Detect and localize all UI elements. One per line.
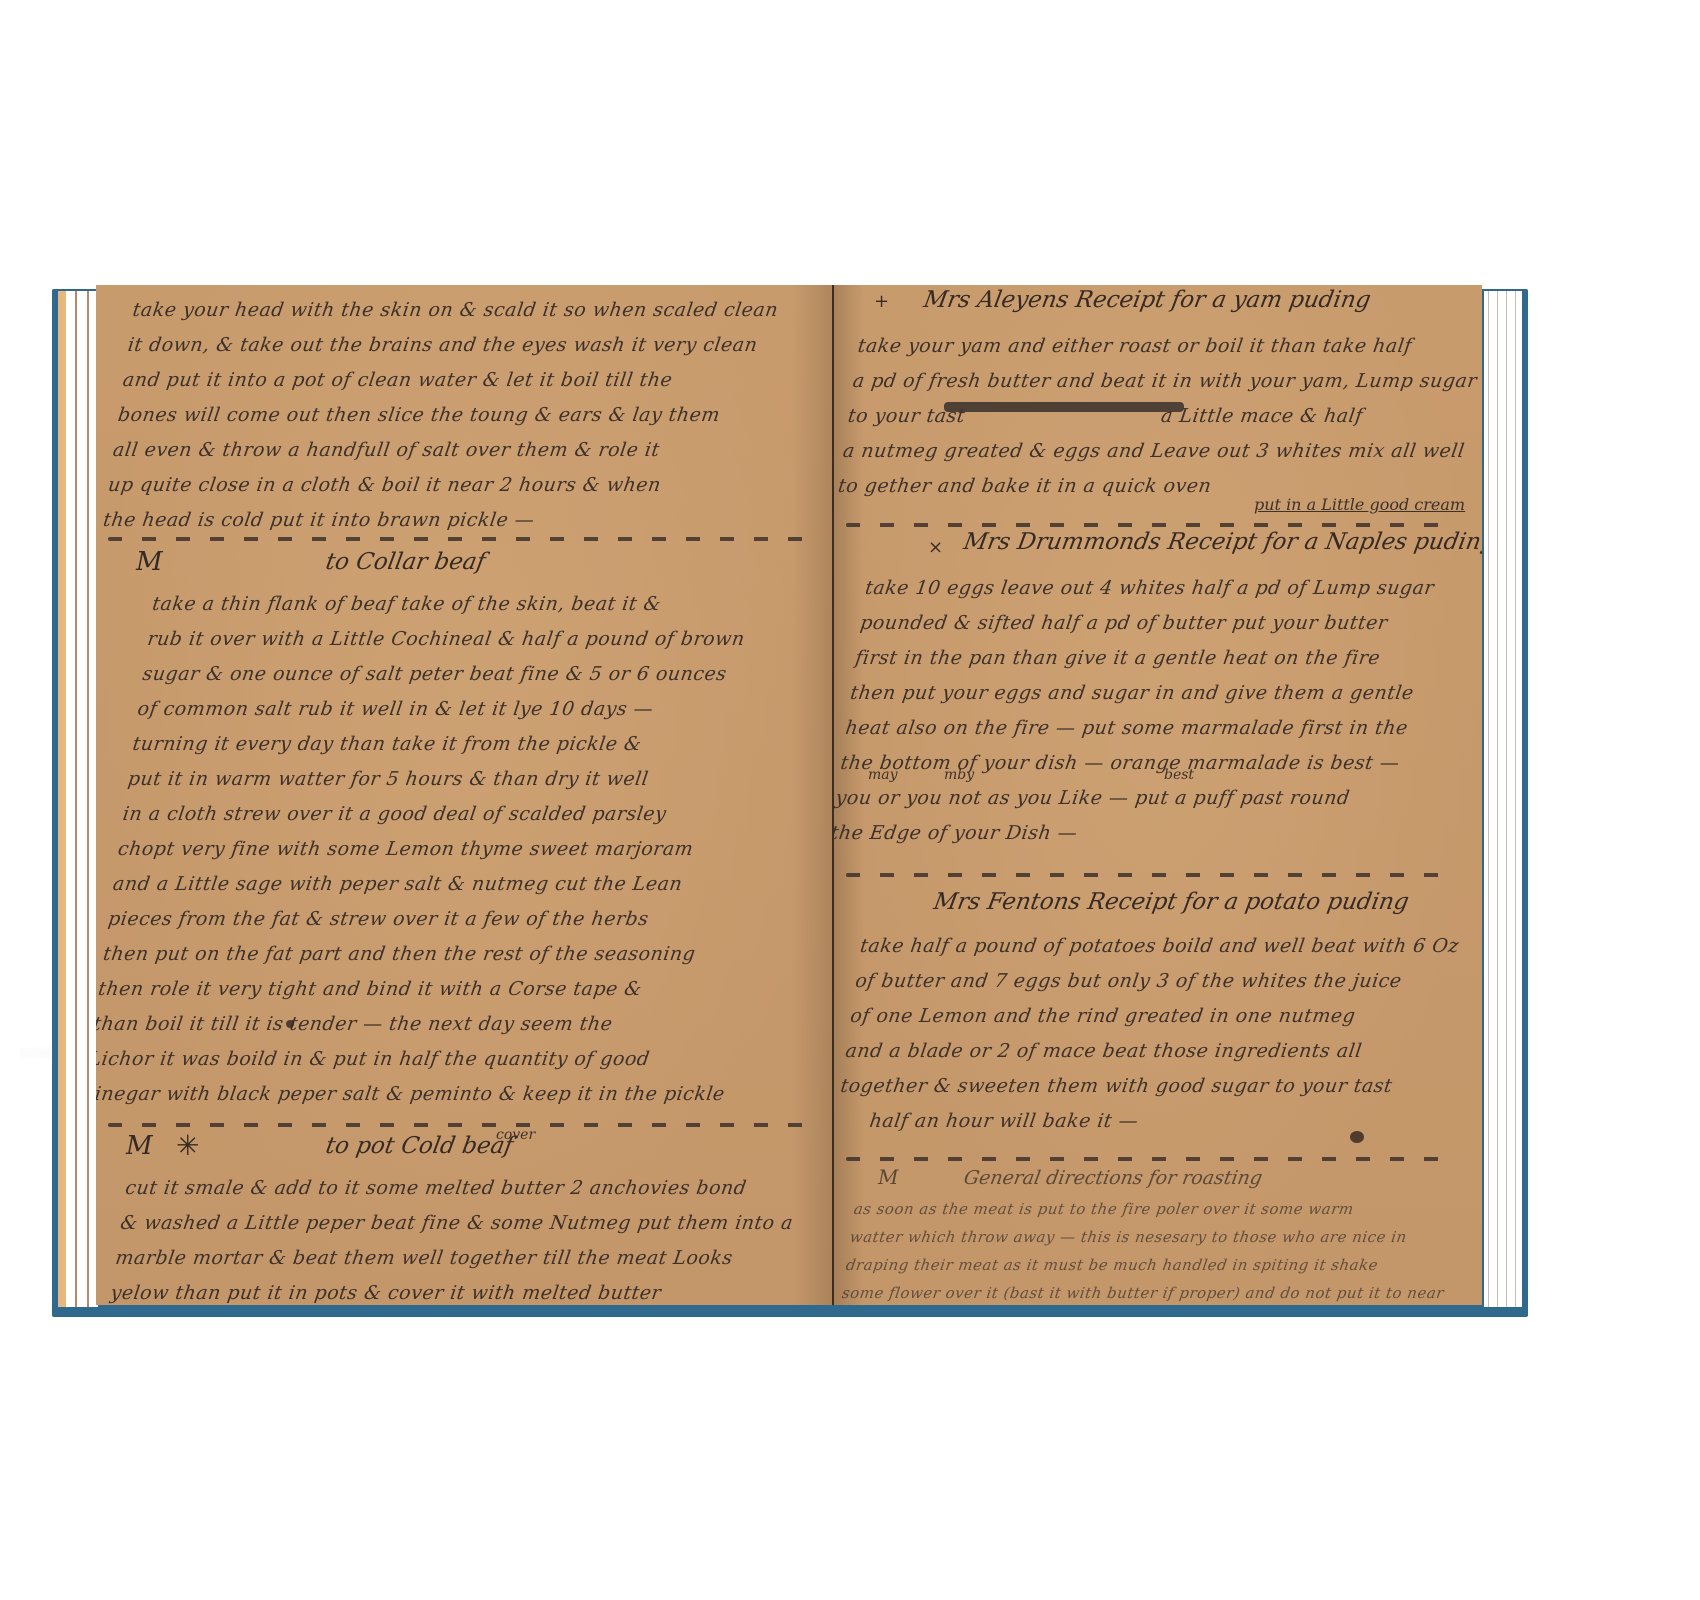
text-line: yelow than put it in pots & cover it wit…: [108, 1276, 785, 1305]
text-line: vinegar with black peper salt & peminto …: [96, 1077, 727, 1112]
text-line: and a Little sage with peper salt & nutm…: [111, 867, 757, 902]
text-line: half an hour will bake it —: [834, 1104, 1437, 1139]
text-line: together & sweeten them with good sugar …: [838, 1069, 1442, 1104]
interlinear-note: cover: [496, 1127, 535, 1143]
text-line: cut it smale & add to it some melted but…: [123, 1171, 800, 1206]
text-line: and put it into a pot of clean water & l…: [120, 363, 770, 398]
right-page: + Mrs Aleyens Receipt for a yam puding t…: [834, 285, 1482, 1305]
text-line: of butter and 7 eggs but only 3 of the w…: [853, 964, 1457, 999]
cross-mark: +: [874, 291, 889, 312]
text-line: then put your eggs and sugar in and give…: [848, 676, 1422, 711]
text-line: take 10 eggs leave out 4 whites half a p…: [863, 571, 1437, 606]
asterisk-symbol-icon: ✳: [176, 1129, 199, 1162]
text-line: turning it every day than take it from t…: [130, 727, 776, 762]
text-line: take half a pound of potatoes boild and …: [858, 929, 1462, 964]
dashed-divider: [846, 873, 1452, 877]
added-note: put in a Little good cream: [1254, 495, 1465, 514]
text-line: pounded & sifted half a pd of butter put…: [858, 606, 1432, 641]
section-mark: M: [126, 1131, 153, 1161]
text-line: sugar & one ounce of salt peter beat fin…: [140, 657, 786, 692]
text-line: in a cloth strew over it a good deal of …: [120, 797, 766, 832]
text-line: put it in warm watter for 5 hours & than…: [125, 762, 771, 797]
potato-pudding-text: take half a pound of potatoes boild and …: [834, 929, 1461, 1139]
text-line: the bottom of your dish — orange marmala…: [838, 746, 1412, 781]
dashed-divider: [846, 1157, 1452, 1161]
interlinear-note: mby: [944, 767, 974, 783]
text-line: then role it very tight and bind it with…: [96, 972, 742, 1007]
text-line: chopt very fine with some Lemon thyme sw…: [116, 832, 762, 867]
text-line: Lichor it was boild in & put in half the…: [96, 1042, 732, 1077]
text-line: bones will come out then slice the toung…: [116, 398, 766, 433]
text-line: and a blade or 2 of mace beat those ingr…: [843, 1034, 1447, 1069]
text-line: than boil it till it is tender — the nex…: [96, 1007, 737, 1042]
recipe-title-naples-pudding: Mrs Drummonds Receipt for a Naples pudin…: [962, 529, 1482, 555]
recipe-title-yam-pudding: Mrs Aleyens Receipt for a yam puding: [922, 287, 1373, 313]
ink-blot: [1350, 1131, 1364, 1143]
text-line: the head is cold put it into brawn pickl…: [101, 503, 751, 538]
left-page: take your head with the skin on & scald …: [96, 285, 834, 1305]
dashed-divider: [108, 537, 818, 541]
text-line: rub it over with a Little Cochineal & ha…: [145, 622, 791, 657]
interlinear-note: best: [1164, 767, 1194, 783]
text-line: take your head with the skin on & scald …: [130, 293, 780, 328]
section-mark: M: [136, 547, 163, 577]
open-book: take your head with the skin on & scald …: [52, 285, 1528, 1317]
collar-beef-text: take a thin flank of beaf take of the sk…: [96, 587, 796, 1112]
text-line: a pd of fresh butter and beat it in with…: [850, 364, 1479, 399]
text-line: watter which throw away — this is nesesa…: [848, 1223, 1454, 1251]
text-line: take your yam and either roast or boil i…: [855, 329, 1482, 364]
naples-pudding-text: take 10 eggs leave out 4 whites half a p…: [834, 571, 1437, 851]
text-line: pieces from the fat & strew over it a fe…: [106, 902, 752, 937]
text-line: some flower over it (bast it with butter…: [840, 1279, 1446, 1305]
text-line: it down, & take out the brains and the e…: [125, 328, 775, 363]
text-line: draping their meat as it must be much ha…: [844, 1251, 1450, 1279]
text-line: as soon as the meat is put to the fire p…: [852, 1195, 1458, 1223]
dashed-divider: [108, 1123, 818, 1127]
interlinear-note: may: [868, 767, 898, 783]
text-line: you or you not as you Like — put a puff …: [834, 781, 1407, 816]
text-line: first in the pan than give it a gentle h…: [853, 641, 1427, 676]
left-page-edges: [58, 291, 98, 1307]
text-line: marble mortar & beat them well together …: [113, 1241, 790, 1276]
text-line: then put on the fat part and then the re…: [101, 937, 747, 972]
gutter-shadow: [792, 285, 832, 1305]
crossed-out-text: [944, 402, 1184, 412]
right-page-edges: [1484, 291, 1522, 1307]
pot-cold-beef-text: cut it smale & add to it some melted but…: [108, 1171, 800, 1305]
text-line: the Edge of your Dish —: [834, 816, 1402, 851]
text-line: a nutmeg greated & eggs and Leave out 3 …: [841, 434, 1470, 469]
yam-pudding-text: take your yam and either roast or boil i…: [836, 329, 1482, 504]
roasting-directions-text: as soon as the meat is put to the fire p…: [840, 1195, 1458, 1305]
recipe-title-pot-cold-beef: to pot Cold beaf: [324, 1133, 516, 1159]
text-line: up quite close in a cloth & boil it near…: [106, 468, 756, 503]
recipe-title-potato-pudding: Mrs Fentons Receipt for a potato puding: [932, 889, 1411, 915]
text-line: of one Lemon and the rind greated in one…: [848, 999, 1452, 1034]
recipe-title-roasting-directions: General directions for roasting: [962, 1167, 1264, 1189]
text-line: of common salt rub it well in & let it l…: [135, 692, 781, 727]
brawn-recipe-text: take your head with the skin on & scald …: [101, 293, 781, 538]
endpaper-edge: [58, 291, 66, 1307]
dashed-divider: [846, 523, 1452, 527]
cross-mark: ×: [928, 537, 943, 558]
recipe-title-collar-beef: to Collar beaf: [324, 549, 488, 575]
section-mark: M: [878, 1165, 898, 1189]
text-line: heat also on the fire — put some marmala…: [843, 711, 1417, 746]
text-line: take a thin flank of beaf take of the sk…: [150, 587, 796, 622]
text-line: all even & throw a handfull of salt over…: [111, 433, 761, 468]
ink-blot: [286, 1020, 294, 1028]
text-line: & washed a Little peper beat fine & some…: [118, 1206, 795, 1241]
